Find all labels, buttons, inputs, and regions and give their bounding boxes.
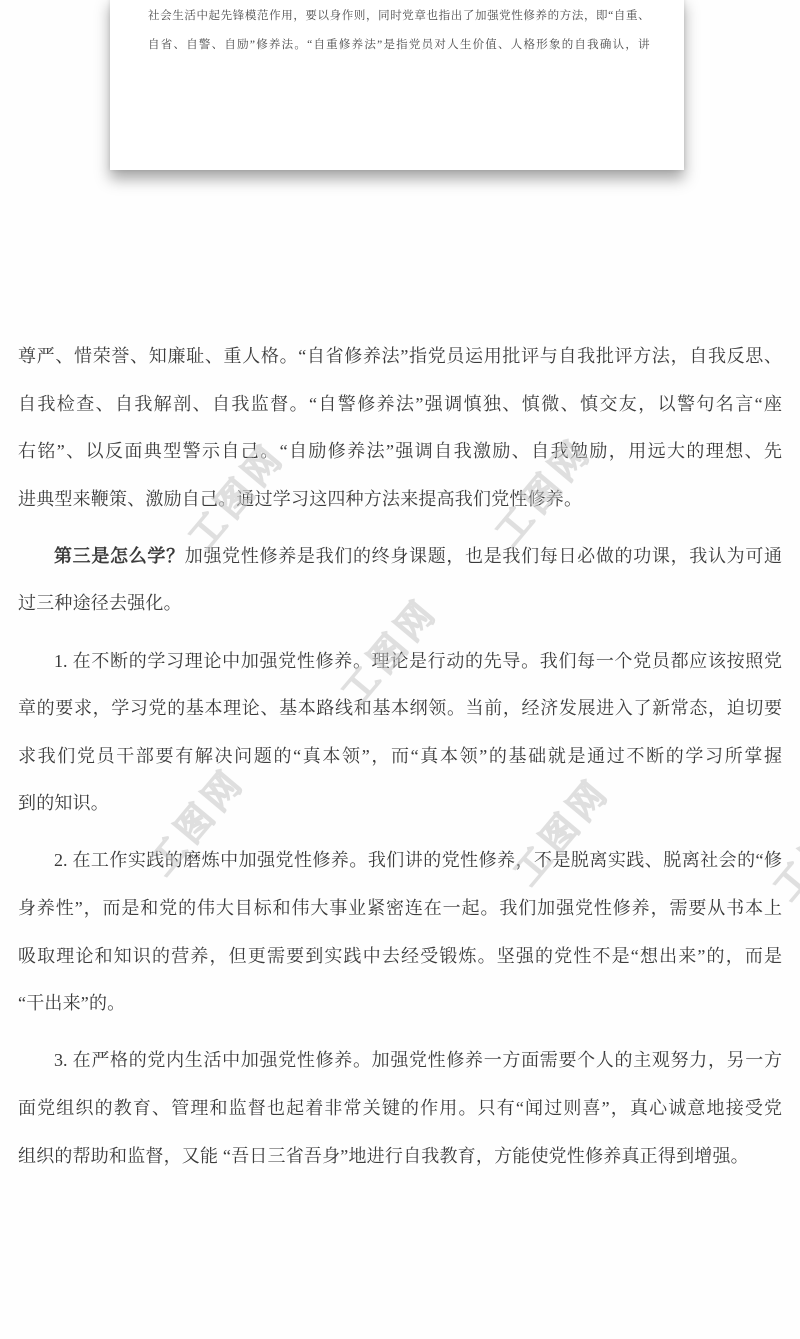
- paragraph: 1. 在不断的学习理论中加强党性修养。理论是行动的先导。我们每一个党员都应该按照…: [18, 638, 782, 828]
- text-line: 进典型来鞭策、激励自己。通过学习这四种方法来提高我们党性修养。: [18, 476, 782, 524]
- text-line: 组织的帮助和监督，又能 “吾日三省吾身”地进行自我教育，方能使党性修养真正得到增…: [18, 1133, 782, 1181]
- document-body: 尊严、惜荣誉、知廉耻、重人格。“自省修养法”指党员运用批评与自我批评方法，自我反…: [18, 333, 782, 1190]
- preview-text-line: 社会生活中起先锋模范作用，要以身作则，同时党章也指出了加强党性修养的方法，即“自…: [148, 2, 650, 31]
- text-line: 尊严、惜荣誉、知廉耻、重人格。“自省修养法”指党员运用批评与自我批评方法，自我反…: [18, 333, 782, 381]
- text-line: 过三种途径去强化。: [18, 580, 782, 628]
- paragraph: 尊严、惜荣誉、知廉耻、重人格。“自省修养法”指党员运用批评与自我批评方法，自我反…: [18, 333, 782, 523]
- preview-card-text: 社会生活中起先锋模范作用，要以身作则，同时党章也指出了加强党性修养的方法，即“自…: [148, 2, 650, 59]
- text-line: 章的要求，学习党的基本理论、基本路线和基本纲领。当前，经济发展进入了新常态，迫切…: [18, 685, 782, 733]
- text-line: 2. 在工作实践的磨炼中加强党性修养。我们讲的党性修养，不是脱离实践、脱离社会的…: [18, 837, 782, 885]
- text-line: 求我们党员干部要有解决问题的“真本领”，而“真本领”的基础就是通过不断的学习所掌…: [18, 733, 782, 781]
- paragraph: 第三是怎么学？加强党性修养是我们的终身课题，也是我们每日必做的功课，我认为可通过…: [18, 533, 782, 628]
- text-line: 1. 在不断的学习理论中加强党性修养。理论是行动的先导。我们每一个党员都应该按照…: [18, 638, 782, 686]
- text-line: 自我检查、自我解剖、自我监督。“自警修养法”强调慎独、慎微、慎交友，以警句名言“…: [18, 381, 782, 429]
- paragraph: 2. 在工作实践的磨炼中加强党性修养。我们讲的党性修养，不是脱离实践、脱离社会的…: [18, 837, 782, 1027]
- text-line: 到的知识。: [18, 780, 782, 828]
- text-line: “干出来”的。: [18, 980, 782, 1028]
- text-line: 第三是怎么学？加强党性修养是我们的终身课题，也是我们每日必做的功课，我认为可通: [18, 533, 782, 581]
- text-line: 身养性”，而是和党的伟大目标和伟大事业紧密连在一起。我们加强党性修养，需要从书本…: [18, 885, 782, 933]
- preview-text-line: 自省、自警、自励”修养法。“自重修养法”是指党员对人生价值、人格形象的自我确认，…: [148, 31, 650, 60]
- document-page-preview: 社会生活中起先锋模范作用，要以身作则，同时党章也指出了加强党性修养的方法，即“自…: [110, 0, 684, 170]
- text-line: 面党组织的教育、管理和监督也起着非常关键的作用。只有“闻过则喜”，真心诚意地接受…: [18, 1085, 782, 1133]
- text-line: 右铭”、以反面典型警示自己。“自励修养法”强调自我激励、自我勉励，用远大的理想、…: [18, 428, 782, 476]
- paragraph: 3. 在严格的党内生活中加强党性修养。加强党性修养一方面需要个人的主观努力，另一…: [18, 1037, 782, 1180]
- document-preview-page: 社会生活中起先锋模范作用，要以身作则，同时党章也指出了加强党性修养的方法，即“自…: [0, 0, 800, 1339]
- text-line: 吸取理论和知识的营养，但更需要到实践中去经受锻炼。坚强的党性不是“想出来”的，而…: [18, 933, 782, 981]
- text-line: 3. 在严格的党内生活中加强党性修养。加强党性修养一方面需要个人的主观努力，另一…: [18, 1037, 782, 1085]
- bold-lead: 第三是怎么学？: [54, 546, 185, 566]
